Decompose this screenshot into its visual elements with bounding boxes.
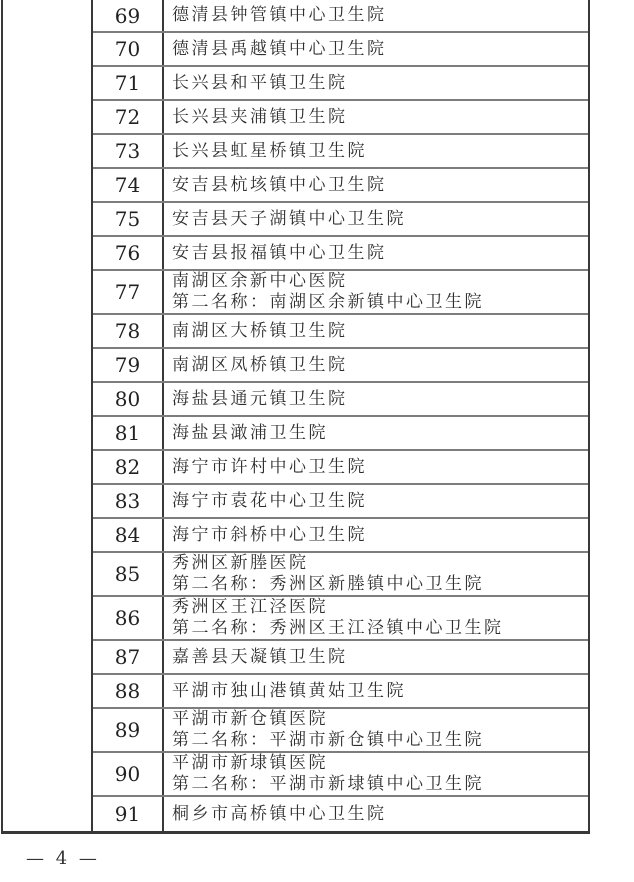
row-number: 80 [93,383,164,415]
table-row: 70 德清县禹越镇中心卫生院 [93,33,588,67]
table-rows-container: 69 德清县钟管镇中心卫生院 70 德清县禹越镇中心卫生院 71 长兴县和平镇卫… [93,0,588,831]
row-number: 70 [93,33,164,65]
table-row: 90 平湖市新埭镇医院 第二名称：平湖市新埭镇中心卫生院 [93,753,588,797]
row-number: 72 [93,101,164,133]
facility-name-cell: 平湖市新仓镇医院 第二名称：平湖市新仓镇中心卫生院 [164,709,588,751]
table-row: 69 德清县钟管镇中心卫生院 [93,0,588,33]
facility-name-cell: 德清县钟管镇中心卫生院 [164,0,588,31]
table-row: 88 平湖市独山港镇黄姑卫生院 [93,675,588,709]
merged-category-cell [3,0,93,831]
row-number: 82 [93,451,164,483]
row-number: 91 [93,797,164,831]
row-number: 83 [93,485,164,517]
facility-name-cell: 平湖市独山港镇黄姑卫生院 [164,675,588,707]
table-row: 81 海盐县澉浦卫生院 [93,417,588,451]
facility-name-cell: 桐乡市高桥镇中心卫生院 [164,797,588,831]
facility-name-cell: 南湖区大桥镇卫生院 [164,315,588,347]
row-number: 74 [93,169,164,201]
facility-primary-name: 平湖市独山港镇黄姑卫生院 [172,681,582,702]
row-number: 78 [93,315,164,347]
page-number: — 4 — [26,848,100,869]
facility-name-cell: 安吉县天子湖镇中心卫生院 [164,203,588,235]
facility-primary-name: 长兴县和平镇卫生院 [172,73,582,94]
facility-primary-name: 海盐县澉浦卫生院 [172,423,582,444]
facility-primary-name: 南湖区凤桥镇卫生院 [172,355,582,376]
row-number: 73 [93,135,164,167]
facility-second-name: 第二名称：南湖区余新镇中心卫生院 [172,292,582,313]
facility-primary-name: 桐乡市高桥镇中心卫生院 [172,804,582,825]
row-number: 88 [93,675,164,707]
facility-name-cell: 长兴县虹星桥镇卫生院 [164,135,588,167]
facility-primary-name: 海宁市许村中心卫生院 [172,457,582,478]
row-number: 85 [93,553,164,595]
table-row: 80 海盐县通元镇卫生院 [93,383,588,417]
facility-primary-name: 海宁市斜桥中心卫生院 [172,525,582,546]
facility-primary-name: 秀洲区王江泾医院 [172,597,582,618]
facility-second-name: 第二名称：平湖市新仓镇中心卫生院 [172,730,582,751]
facility-name-cell: 海盐县通元镇卫生院 [164,383,588,415]
facility-name-cell: 平湖市新埭镇医院 第二名称：平湖市新埭镇中心卫生院 [164,753,588,795]
table-row: 83 海宁市袁花中心卫生院 [93,485,588,519]
table-row: 91 桐乡市高桥镇中心卫生院 [93,797,588,831]
facility-primary-name: 安吉县报福镇中心卫生院 [172,243,582,264]
table-row: 89 平湖市新仓镇医院 第二名称：平湖市新仓镇中心卫生院 [93,709,588,753]
table-row: 75 安吉县天子湖镇中心卫生院 [93,203,588,237]
facility-name-cell: 长兴县和平镇卫生院 [164,67,588,99]
table-row: 74 安吉县杭垓镇中心卫生院 [93,169,588,203]
table-row: 73 长兴县虹星桥镇卫生院 [93,135,588,169]
facility-name-cell: 秀洲区新塍医院 第二名称：秀洲区新塍镇中心卫生院 [164,553,588,595]
facility-name-cell: 南湖区凤桥镇卫生院 [164,349,588,381]
facility-primary-name: 安吉县天子湖镇中心卫生院 [172,209,582,230]
facility-name-cell: 海盐县澉浦卫生院 [164,417,588,449]
row-number: 89 [93,709,164,751]
table-row: 87 嘉善县天凝镇卫生院 [93,641,588,675]
table-row: 71 长兴县和平镇卫生院 [93,67,588,101]
facility-primary-name: 平湖市新埭镇医院 [172,753,582,774]
row-number: 86 [93,597,164,639]
facility-primary-name: 长兴县虹星桥镇卫生院 [172,141,582,162]
facility-second-name: 第二名称：秀洲区王江泾镇中心卫生院 [172,618,582,639]
row-number: 77 [93,271,164,313]
table-row: 77 南湖区余新中心医院 第二名称：南湖区余新镇中心卫生院 [93,271,588,315]
facility-table: 69 德清县钟管镇中心卫生院 70 德清县禹越镇中心卫生院 71 长兴县和平镇卫… [1,0,590,834]
row-number: 76 [93,237,164,269]
facility-name-cell: 海宁市许村中心卫生院 [164,451,588,483]
facility-primary-name: 南湖区大桥镇卫生院 [172,321,582,342]
row-number: 69 [93,0,164,31]
facility-primary-name: 南湖区余新中心医院 [172,271,582,292]
row-number: 79 [93,349,164,381]
facility-name-cell: 秀洲区王江泾医院 第二名称：秀洲区王江泾镇中心卫生院 [164,597,588,639]
facility-name-cell: 海宁市袁花中心卫生院 [164,485,588,517]
facility-name-cell: 德清县禹越镇中心卫生院 [164,33,588,65]
facility-name-cell: 安吉县杭垓镇中心卫生院 [164,169,588,201]
row-number: 75 [93,203,164,235]
row-number: 90 [93,753,164,795]
facility-primary-name: 安吉县杭垓镇中心卫生院 [172,175,582,196]
table-row: 79 南湖区凤桥镇卫生院 [93,349,588,383]
facility-primary-name: 秀洲区新塍医院 [172,553,582,574]
table-row: 82 海宁市许村中心卫生院 [93,451,588,485]
table-row: 86 秀洲区王江泾医院 第二名称：秀洲区王江泾镇中心卫生院 [93,597,588,641]
facility-primary-name: 平湖市新仓镇医院 [172,709,582,730]
table-row: 85 秀洲区新塍医院 第二名称：秀洲区新塍镇中心卫生院 [93,553,588,597]
facility-name-cell: 长兴县夹浦镇卫生院 [164,101,588,133]
row-number: 81 [93,417,164,449]
facility-primary-name: 德清县禹越镇中心卫生院 [172,39,582,60]
facility-name-cell: 海宁市斜桥中心卫生院 [164,519,588,551]
table-row: 72 长兴县夹浦镇卫生院 [93,101,588,135]
facility-primary-name: 海盐县通元镇卫生院 [172,389,582,410]
row-number: 71 [93,67,164,99]
facility-name-cell: 安吉县报福镇中心卫生院 [164,237,588,269]
table-row: 78 南湖区大桥镇卫生院 [93,315,588,349]
facility-second-name: 第二名称：平湖市新埭镇中心卫生院 [172,774,582,795]
facility-name-cell: 嘉善县天凝镇卫生院 [164,641,588,673]
facility-primary-name: 长兴县夹浦镇卫生院 [172,107,582,128]
row-number: 87 [93,641,164,673]
facility-second-name: 第二名称：秀洲区新塍镇中心卫生院 [172,574,582,595]
facility-primary-name: 嘉善县天凝镇卫生院 [172,647,582,668]
row-number: 84 [93,519,164,551]
table-row: 84 海宁市斜桥中心卫生院 [93,519,588,553]
facility-name-cell: 南湖区余新中心医院 第二名称：南湖区余新镇中心卫生院 [164,271,588,313]
document-page: 69 德清县钟管镇中心卫生院 70 德清县禹越镇中心卫生院 71 长兴县和平镇卫… [0,0,634,882]
facility-primary-name: 德清县钟管镇中心卫生院 [172,5,582,26]
table-row: 76 安吉县报福镇中心卫生院 [93,237,588,271]
facility-primary-name: 海宁市袁花中心卫生院 [172,491,582,512]
